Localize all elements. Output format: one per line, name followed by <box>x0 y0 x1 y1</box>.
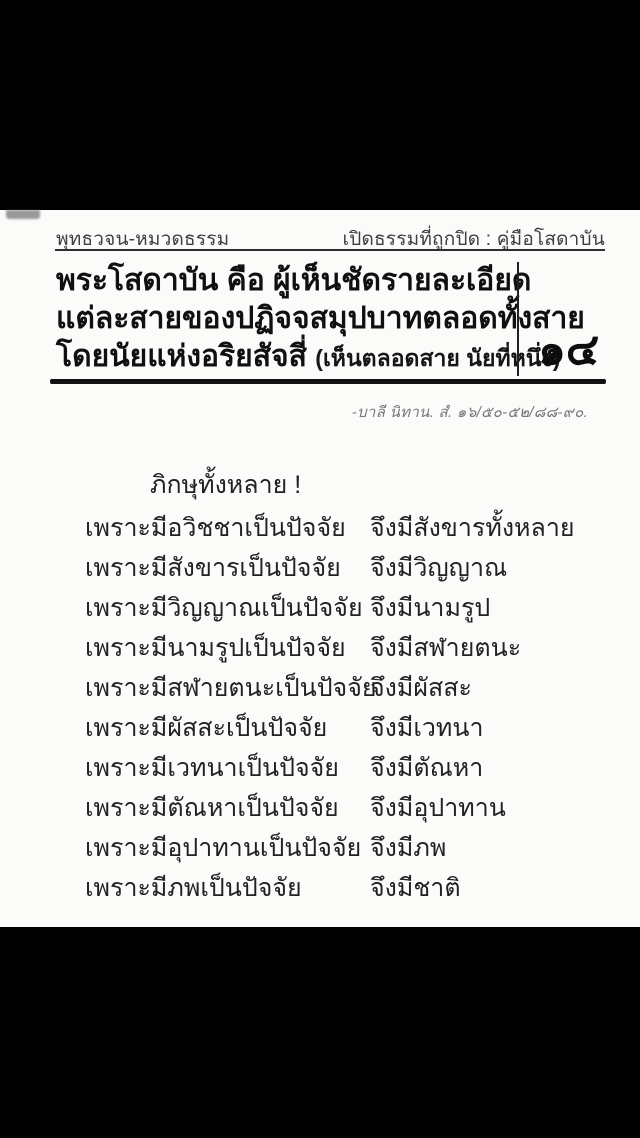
effect-text: จึงมีวิญญาณ <box>370 548 605 588</box>
effect-text: จึงมีเวทนา <box>370 708 605 748</box>
list-item: เพราะมีเวทนาเป็นปัจจัย จึงมีตัณหา <box>85 748 605 788</box>
header-divider-line <box>55 249 605 251</box>
effect-text: จึงมีสฬายตนะ <box>370 628 605 668</box>
cause-text: เพราะมีสังขารเป็นปัจจัย <box>85 548 370 588</box>
book-page: พุทธวจน-หมวดธรรม เปิดธรรมที่ถูกปิด : คู่… <box>0 210 640 927</box>
effect-text: จึงมีสังขารทั้งหลาย <box>370 508 605 548</box>
dependent-origination-list: เพราะมีอวิชชาเป็นปัจจัย จึงมีสังขารทั้งห… <box>85 508 605 908</box>
page-edge-shadow <box>6 210 40 219</box>
chapter-title-subtitle: (เห็นตลอดสาย นัยที่หนึ่ง) <box>315 345 560 371</box>
effect-text: จึงมีชาติ <box>370 868 605 908</box>
list-item: เพราะมีตัณหาเป็นปัจจัย จึงมีอุปาทาน <box>85 788 605 828</box>
cause-text: เพราะมีอวิชชาเป็นปัจจัย <box>85 508 370 548</box>
cause-text: เพราะมีผัสสะเป็นปัจจัย <box>85 708 370 748</box>
effect-text: จึงมีผัสสะ <box>370 668 605 708</box>
effect-text: จึงมีนามรูป <box>370 588 605 628</box>
list-item: เพราะมีภพเป็นปัจจัย จึงมีชาติ <box>85 868 605 908</box>
cause-text: เพราะมีภพเป็นปัจจัย <box>85 868 370 908</box>
cause-text: เพราะมีวิญญาณเป็นปัจจัย <box>85 588 370 628</box>
list-item: เพราะมีนามรูปเป็นปัจจัย จึงมีสฬายตนะ <box>85 628 605 668</box>
list-item: เพราะมีสฬายตนะเป็นปัจจัย จึงมีผัสสะ <box>85 668 605 708</box>
title-page-number-divider <box>517 262 519 376</box>
title-bottom-rule <box>50 379 606 384</box>
chapter-title-line-3: โดยนัยแห่งอริยสัจสี่ (เห็นตลอดสาย นัยที่… <box>56 338 516 377</box>
effect-text: จึงมีภพ <box>370 828 605 868</box>
cause-text: เพราะมีตัณหาเป็นปัจจัย <box>85 788 370 828</box>
cause-text: เพราะมีนามรูปเป็นปัจจัย <box>85 628 370 668</box>
list-item: เพราะมีสังขารเป็นปัจจัย จึงมีวิญญาณ <box>85 548 605 588</box>
chapter-title-line-3-main: โดยนัยแห่งอริยสัจสี่ <box>56 340 307 373</box>
chapter-title-line-2: แต่ละสายของปฏิจจสมุปบาทตลอดทั้งสาย <box>56 300 516 338</box>
list-item: เพราะมีอวิชชาเป็นปัจจัย จึงมีสังขารทั้งห… <box>85 508 605 548</box>
list-item: เพราะมีวิญญาณเป็นปัจจัย จึงมีนามรูป <box>85 588 605 628</box>
cause-text: เพราะมีเวทนาเป็นปัจจัย <box>85 748 370 788</box>
effect-text: จึงมีตัณหา <box>370 748 605 788</box>
cause-text: เพราะมีอุปาทานเป็นปัจจัย <box>85 828 370 868</box>
chapter-title-line-1: พระโสดาบัน คือ ผู้เห็นชัดรายละเอียด <box>56 262 516 300</box>
list-item: เพราะมีผัสสะเป็นปัจจัย จึงมีเวทนา <box>85 708 605 748</box>
effect-text: จึงมีอุปาทาน <box>370 788 605 828</box>
page-number: ๑๔ <box>538 324 608 376</box>
cause-text: เพราะมีสฬายตนะเป็นปัจจัย <box>85 668 370 708</box>
screenshot-canvas: พุทธวจน-หมวดธรรม เปิดธรรมที่ถูกปิด : คู่… <box>0 0 640 1138</box>
salutation-text: ภิกษุทั้งหลาย ! <box>150 468 301 502</box>
pali-source-citation: -บาลี นิทาน. สํ. ๑๖/๕๐-๕๒/๘๘-๙๐. <box>352 400 588 424</box>
list-item: เพราะมีอุปาทานเป็นปัจจัย จึงมีภพ <box>85 828 605 868</box>
